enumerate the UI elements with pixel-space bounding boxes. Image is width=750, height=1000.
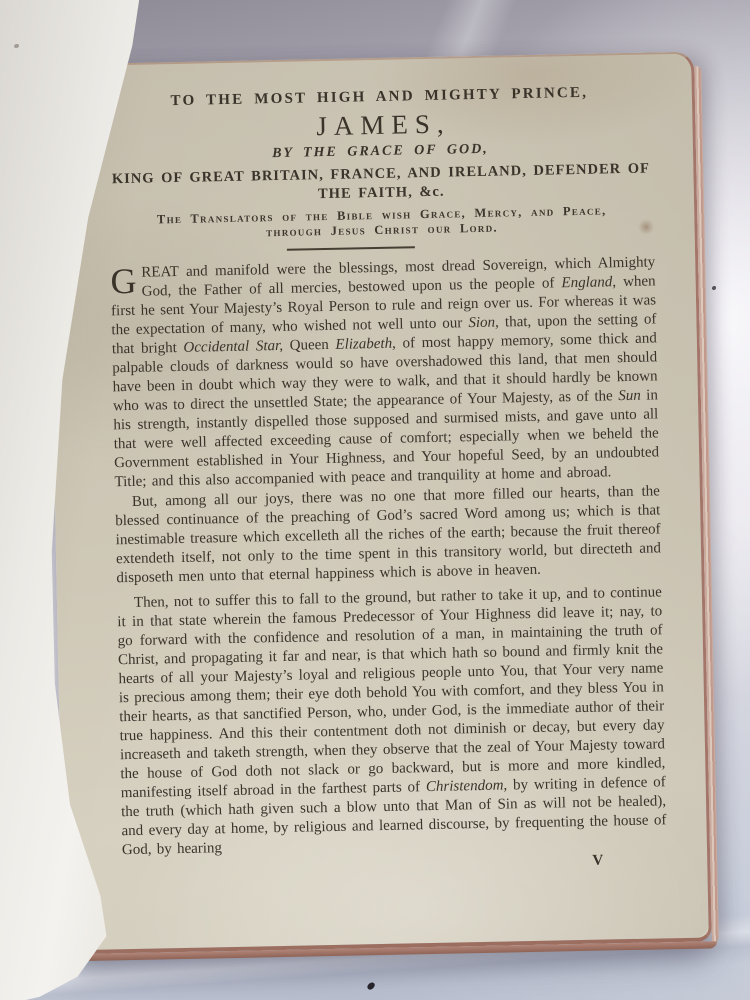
paragraph: Then, not to suffer this to fall to the … — [117, 583, 667, 860]
italic-text-segment: Sion, — [468, 315, 499, 332]
drop-cap: G — [110, 264, 142, 298]
paragraph: GREAT and manifold were the blessings, m… — [110, 253, 659, 492]
photo-of-book-page: TO THE MOST HIGH AND MIGHTY PRINCE, JAME… — [0, 0, 750, 1000]
italic-text-segment: Elizabeth, — [335, 336, 396, 353]
italic-text-segment: Occidental Star, — [183, 338, 283, 356]
text-segment: Then, not to suffer this to fall to the … — [117, 584, 665, 801]
book-page: TO THE MOST HIGH AND MIGHTY PRINCE, JAME… — [46, 52, 712, 955]
body-paragraphs: GREAT and manifold were the blessings, m… — [110, 253, 667, 860]
heading-divider-rule — [286, 246, 414, 251]
paragraph: But, among all our joys, there was no on… — [115, 482, 662, 588]
text-segment: But, among all our joys, there was no on… — [115, 483, 661, 586]
text-segment: Queen — [283, 337, 336, 354]
italic-text-segment: Christendom, — [426, 777, 508, 795]
italic-text-segment: Sun — [618, 388, 641, 404]
page-content: TO THE MOST HIGH AND MIGHTY PRINCE, JAME… — [46, 54, 709, 951]
italic-text-segment: England, — [561, 274, 616, 291]
